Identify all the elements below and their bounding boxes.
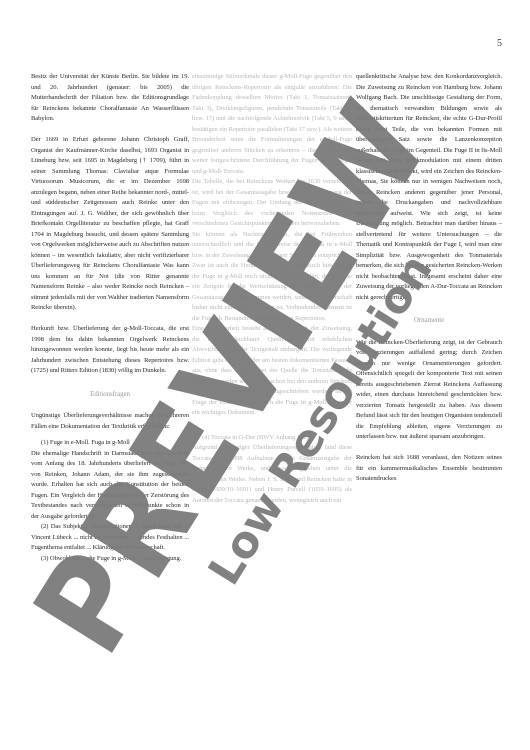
paragraph: Aufgrund schwieriger Überlieferungsverhä…: [192, 443, 352, 506]
paragraph: Die ehemalige Handschrift in Darmstadt b…: [31, 449, 189, 523]
left-column: Besitz der Universität der Künste Berlin…: [31, 72, 189, 564]
paragraph: Ungünstige Überlieferungsverhältnisse ma…: [31, 411, 189, 432]
paragraph: Die Tabelle, die bei Reinckens Werken bi…: [192, 177, 352, 230]
paragraph: Wie die Reincken-Überlieferung zeigt, is…: [356, 338, 502, 443]
right-column: quellenkritische Analyse bzw. den Konkor…: [356, 72, 502, 495]
paragraph: Reincken hat sich 1688 veranlasst, den N…: [356, 453, 502, 485]
paragraph: einstimmige Stilmerkmale dieser g-Moll-F…: [192, 72, 352, 177]
list-item-heading: (1) Fuge in e-Moll. Fuga in g-Moll: [31, 438, 189, 449]
paragraph: Der 1669 in Erfurt geborene Johann Chris…: [31, 135, 189, 314]
section-heading-ornamente: Ornamente: [356, 315, 502, 326]
section-heading-editionsfragen: Editionsfragen: [31, 389, 189, 400]
paragraph: quellenkritische Analyse bzw. den Konkor…: [356, 72, 502, 303]
paragraph: Besitz der Universität der Künste Berlin…: [31, 72, 189, 125]
paragraph: (3) Obwohl die ... die Fuge in g-Moll ..…: [31, 554, 189, 565]
paragraph: Zwar ist auch die Herkunft der Quelle st…: [192, 261, 352, 324]
page-number: 5: [497, 38, 502, 49]
subheading: (4) Toccata in G-Dur (BWV Anhang 178): [192, 433, 352, 444]
paragraph: Herkunft bzw. Überlieferung der g-Moll-T…: [31, 324, 189, 377]
paragraph: (2) Das Subjekt ... Tonrepetitionen ... …: [31, 522, 189, 554]
paragraph: Sie können als Nachtrag gelten, die bei …: [192, 230, 352, 262]
middle-column: einstimmige Stilmerkmale dieser g-Moll-F…: [192, 72, 352, 517]
paragraph: Eine Unsicherheit besteht auch hinsichtl…: [192, 324, 352, 419]
